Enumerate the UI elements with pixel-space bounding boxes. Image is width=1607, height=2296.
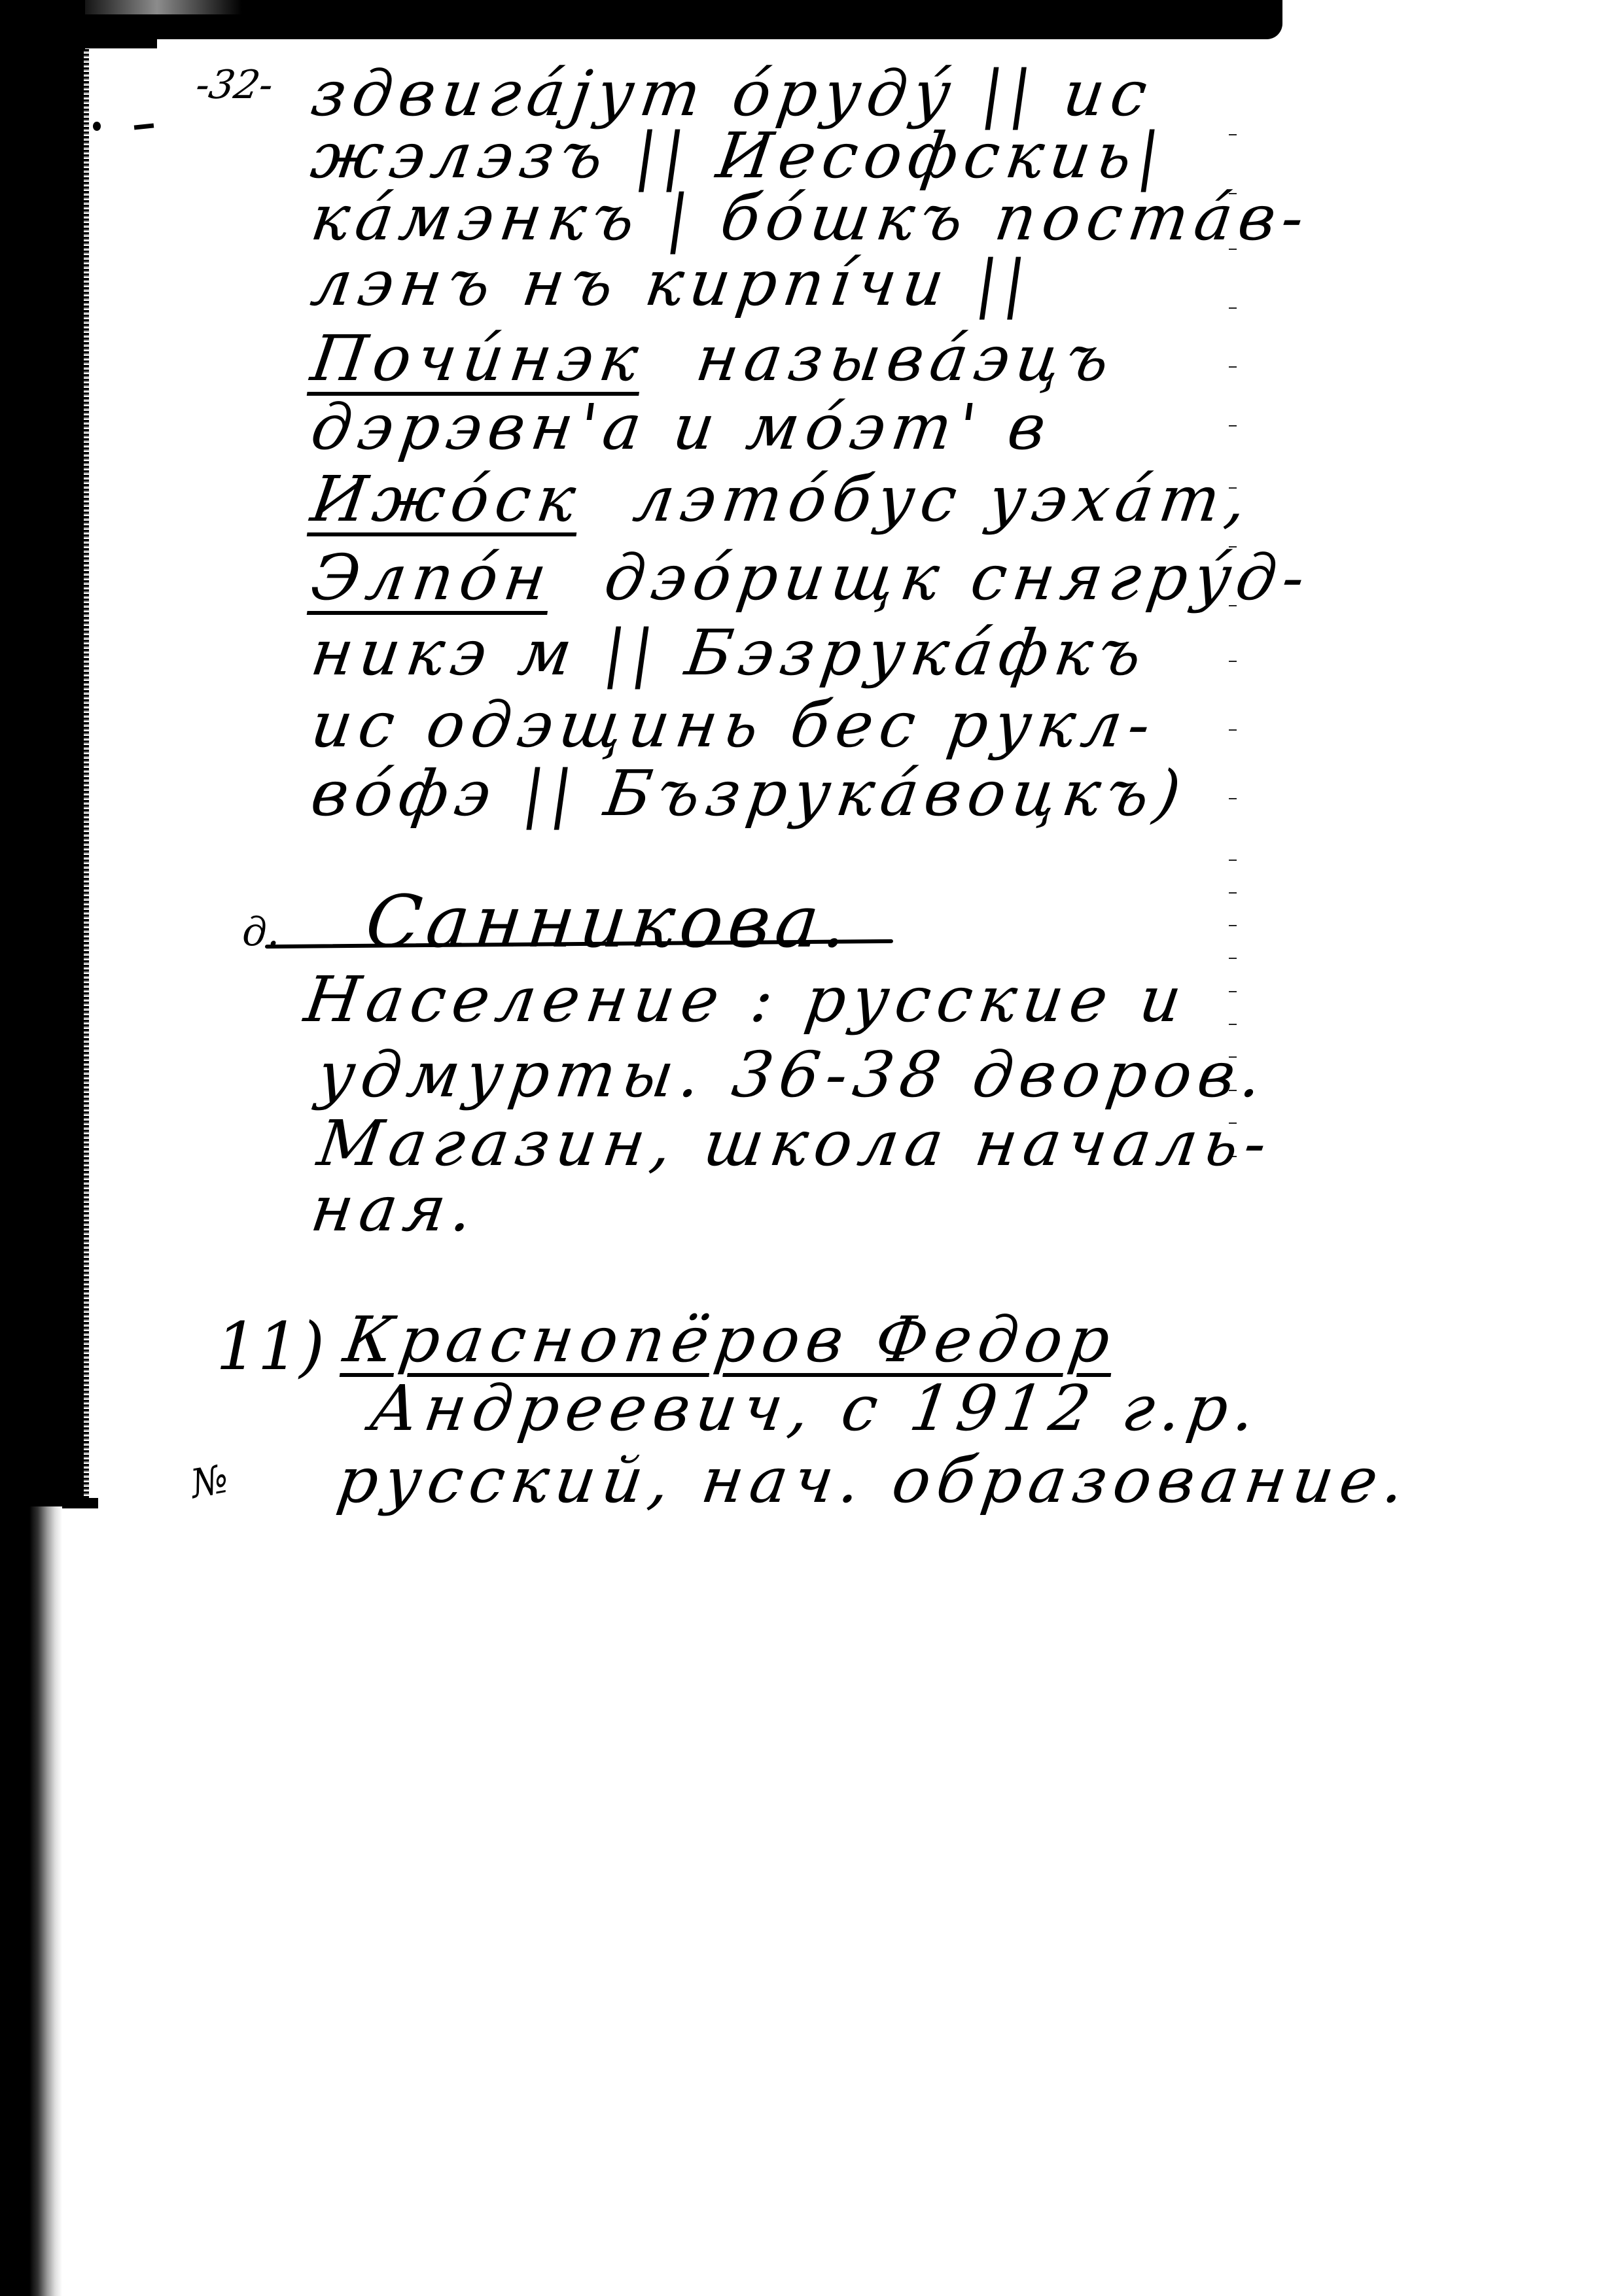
margin-dash [134, 123, 154, 130]
margin-note: № [187, 1456, 232, 1508]
section-line: ная. [308, 1177, 483, 1240]
margin-tick [1229, 307, 1237, 309]
transcript-line: никэ м || Бэзрукáфкъ [308, 621, 1152, 684]
margin-tick [1229, 366, 1237, 368]
transcript-line: жэлэзъ || Иесофскиь| [308, 124, 1170, 187]
underlined-word: Почúнэк [307, 322, 649, 395]
transcript-line-underlined-first: Элпóн дэóрищк снягрýд- [308, 546, 1315, 609]
margin-dot [93, 122, 101, 131]
transcript-line: вóфэ || Бъзрукáвоцкъ) [308, 762, 1191, 825]
margin-tick [1229, 729, 1237, 731]
margin-tick [1229, 134, 1237, 135]
informant-surname-name: Краснопёров Федор [340, 1303, 1121, 1376]
top-bar-scan-noise [72, 0, 242, 14]
section-line: Население : русские и [301, 968, 1192, 1031]
line-rest: дэóрищк снягрýд- [574, 541, 1316, 614]
line-rest: назывáэцъ [665, 322, 1120, 395]
margin-tick [1229, 958, 1237, 959]
transcript-line: кáмэнкъ | бóшкъ постáв- [308, 186, 1314, 249]
left-binding-strip [0, 0, 85, 1506]
section-line: удмурты. 36-38 дворов. [314, 1043, 1272, 1106]
margin-tick [1229, 425, 1237, 426]
margin-tick [1229, 925, 1237, 926]
underlined-word: Элпóн [307, 541, 557, 614]
margin-tick [1229, 991, 1237, 992]
page-number: -32- [192, 62, 277, 108]
margin-tick [1229, 892, 1237, 894]
transcript-line-underlined-first: Ижóск лэтóбус уэхáт, [308, 468, 1257, 531]
line-rest: лэтóбус уэхáт, [603, 462, 1258, 536]
left-scan-shadow [0, 1506, 62, 2296]
margin-tick [1229, 860, 1237, 861]
informant-number: 11) [216, 1308, 325, 1385]
transcript-line: ис одэщинь бес рукл- [308, 693, 1161, 756]
informant-line: Краснопёров Федор [340, 1308, 1120, 1371]
section-title: Санникова. [362, 880, 856, 964]
margin-tick [1229, 661, 1237, 662]
binding-corner [85, 39, 157, 48]
informant-line: Андреевич, с 1912 г.р. [366, 1377, 1265, 1440]
scanned-page: -32- здвигájут óрудý || ис жэлэзъ || Иес… [0, 0, 1607, 2296]
transcript-line: лэнъ нъ кирпíчи || [308, 252, 1036, 315]
binding-edge-noise [84, 49, 89, 1505]
section-line: Магазин, школа началь- [314, 1112, 1277, 1175]
transcript-line-underlined-first: Почúнэк назывáэцъ [308, 327, 1120, 390]
transcript-line: здвигájут óрудý || ис [308, 62, 1157, 125]
informant-line: русский, нач. образование. [334, 1449, 1415, 1512]
underlined-word: Ижóск [307, 462, 586, 536]
transcript-line: дэрэвн'а и мóэт' в [308, 396, 1056, 459]
margin-tick [1229, 798, 1237, 799]
margin-tick [1229, 1024, 1237, 1025]
